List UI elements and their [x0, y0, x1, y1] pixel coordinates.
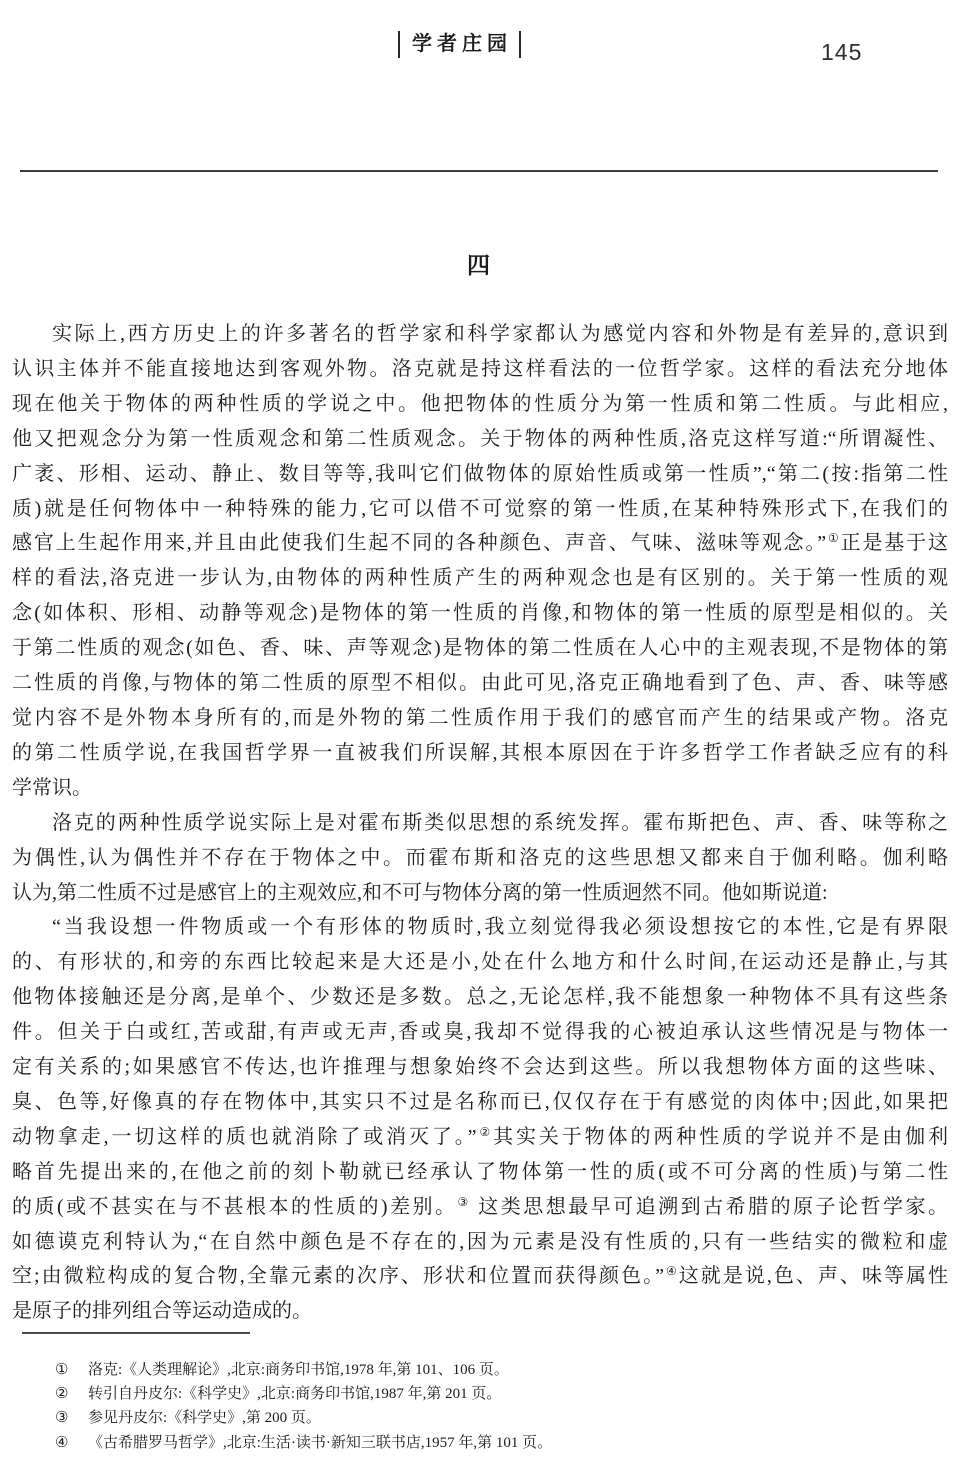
text-line: 的质(或不甚实在与不甚根本的性质的)差别。③ 这类思想最早可追溯到古希腊的原子论… — [12, 1190, 948, 1225]
footnote-item: ③参见丹皮尔:《科学史》,第 200 页。 — [55, 1406, 945, 1430]
text-line: 定有关系的;如果感官不传达,也许推理与想象始终不会达到这些。所以我想物体方面的这… — [12, 1050, 948, 1085]
text-line: 动物拿走,一切这样的质也就消除了或消灭了。”②其实关于物体的两种性质的学说并不是… — [12, 1120, 948, 1155]
paragraph: “当我设想一件物质或一个有形体的物质时,我立刻觉得我必须设想按它的本性,它是有界… — [12, 910, 948, 1329]
text-line: 洛克的两种性质学说实际上是对霍布斯类似思想的系统发挥。霍布斯把色、声、香、味等称… — [12, 806, 948, 841]
text-line: 如德谟克利特认为,“在自然中颜色是不存在的,因为元素是没有性质的,只有一些结实的… — [12, 1225, 948, 1260]
footnote-text: 《古希腊罗马哲学》,北京:生活·读书·新知三联书店,1957 年,第 101 页… — [88, 1431, 945, 1455]
text-line: 的、有形状的,和旁的东西比较起来是大还是小,处在什么地方和什么时间,在运动还是静… — [12, 945, 948, 980]
text-line: 他物体接触还是分离,是单个、少数还是多数。总之,无论怎样,我不能想象一种物体不具… — [12, 980, 948, 1015]
text-line: 空;由微粒构成的复合物,全靠元素的次序、形状和位置而获得颜色。”④这就是说,色、… — [12, 1259, 948, 1294]
header-rule — [20, 170, 938, 172]
footnote-ref: ④ — [664, 1264, 679, 1278]
body-text: 实际上,西方历史上的许多著名的哲学家和科学家都认为感觉内容和外物是有差异的,意识… — [12, 317, 948, 1329]
footnote-ref: ② — [477, 1125, 494, 1139]
text-line: 样的看法,洛克进一步认为,由物体的两种性质产生的两种观念也是有区别的。关于第一性… — [12, 561, 948, 596]
text-line: 认识主体并不能直接地达到客观外物。洛克就是持这样看法的一位哲学家。这样的看法充分… — [12, 352, 948, 387]
text-line: 念(如体积、形相、动静等观念)是物体的第一性质的肖像,和物体的第一性质的原型是相… — [12, 596, 948, 631]
masthead-title: 学者庄园 — [400, 31, 519, 58]
section-title: 四 — [0, 247, 958, 280]
text-line: 觉内容不是外物本身所有的,而是外物的第二性质作用于我们的感官而产生的结果或产物。… — [12, 701, 948, 736]
footnote-item: ②转引自丹皮尔:《科学史》,北京:商务印书馆,1987 年,第 201 页。 — [55, 1382, 945, 1406]
text-line: 现在他关于物体的两种性质的学说之中。他把物体的性质分为第一性质和第二性质。与此相… — [12, 387, 948, 422]
text-line: 略首先提出来的,在他之前的刻卜勒就已经承认了物体第一性的质(或不可分离的性质)与… — [12, 1155, 948, 1190]
footnote-marker: ④ — [55, 1431, 88, 1455]
document-page: 学者庄园 145 四 实际上,西方历史上的许多著名的哲学家和科学家都认为感觉内容… — [0, 0, 958, 1476]
footnote-marker: ③ — [55, 1406, 88, 1430]
paragraph: 洛克的两种性质学说实际上是对霍布斯类似思想的系统发挥。霍布斯把色、声、香、味等称… — [12, 806, 948, 911]
text-line: 是原子的排列组合等运动造成的。 — [12, 1294, 948, 1329]
paragraph: 实际上,西方历史上的许多著名的哲学家和科学家都认为感觉内容和外物是有差异的,意识… — [12, 317, 948, 806]
masthead-right-bar — [519, 31, 521, 58]
text-line: 感官上生起作用来,并且由此使我们生起不同的各种颜色、声音、气味、滋味等观念。”①… — [12, 526, 948, 561]
text-line: 臭、色等,好像真的存在物体中,其实只不过是名称而已,仅仅存在于有感觉的肉体中;因… — [12, 1085, 948, 1120]
text-line: 实际上,西方历史上的许多著名的哲学家和科学家都认为感觉内容和外物是有差异的,意识… — [12, 317, 948, 352]
footnote-text: 洛克:《人类理解论》,北京:商务印书馆,1978 年,第 101、106 页。 — [88, 1358, 945, 1382]
text-line: “当我设想一件物质或一个有形体的物质时,我立刻觉得我必须设想按它的本性,它是有界… — [12, 910, 948, 945]
footnote-divider — [22, 1332, 250, 1334]
text-line: 二性质的肖像,与物体的第二性质的原型不相似。由此可见,洛克正确地看到了色、声、香… — [12, 666, 948, 701]
footnote-ref: ① — [826, 531, 840, 545]
footnote-item: ①洛克:《人类理解论》,北京:商务印书馆,1978 年,第 101、106 页。 — [55, 1358, 945, 1382]
text-line: 他又把观念分为第一性质观念和第二性质观念。关于物体的两种性质,洛克这样写道:“所… — [12, 422, 948, 457]
footnote-ref: ③ — [458, 1195, 471, 1209]
footnote-text: 参见丹皮尔:《科学史》,第 200 页。 — [88, 1406, 945, 1430]
text-line: 学常识。 — [12, 771, 948, 806]
text-line: 质)就是任何物体中一种特殊的能力,它可以借不可觉察的第一性质,在某种特殊形式下,… — [12, 492, 948, 527]
text-line: 件。但关于白或红,苦或甜,有声或无声,香或臭,我却不觉得我的心被迫承认这些情况是… — [12, 1015, 948, 1050]
footnote-text: 转引自丹皮尔:《科学史》,北京:商务印书馆,1987 年,第 201 页。 — [88, 1382, 945, 1406]
text-line: 的第二性质学说,在我国哲学界一直被我们所误解,其根本原因在于许多哲学工作者缺乏应… — [12, 736, 948, 771]
page-number: 145 — [821, 39, 862, 66]
footnote-item: ④《古希腊罗马哲学》,北京:生活·读书·新知三联书店,1957 年,第 101 … — [55, 1431, 945, 1455]
footnotes: ①洛克:《人类理解论》,北京:商务印书馆,1978 年,第 101、106 页。… — [55, 1358, 945, 1455]
masthead: 学者庄园 — [398, 31, 521, 58]
footnote-marker: ① — [55, 1358, 88, 1382]
text-line: 广袤、形相、运动、静止、数目等等,我叫它们做物体的原始性质或第一性质”,“第二(… — [12, 457, 948, 492]
text-line: 认为,第二性质不过是感官上的主观效应,和不可与物体分离的第一性质迥然不同。他如斯… — [12, 876, 948, 911]
text-line: 为偶性,认为偶性并不存在于物体之中。而霍布斯和洛克的这些思想又都来自于伽利略。伽… — [12, 841, 948, 876]
footnote-marker: ② — [55, 1382, 88, 1406]
text-line: 于第二性质的观念(如色、香、味、声等观念)是物体的第二性质在人心中的主观表现,不… — [12, 631, 948, 666]
